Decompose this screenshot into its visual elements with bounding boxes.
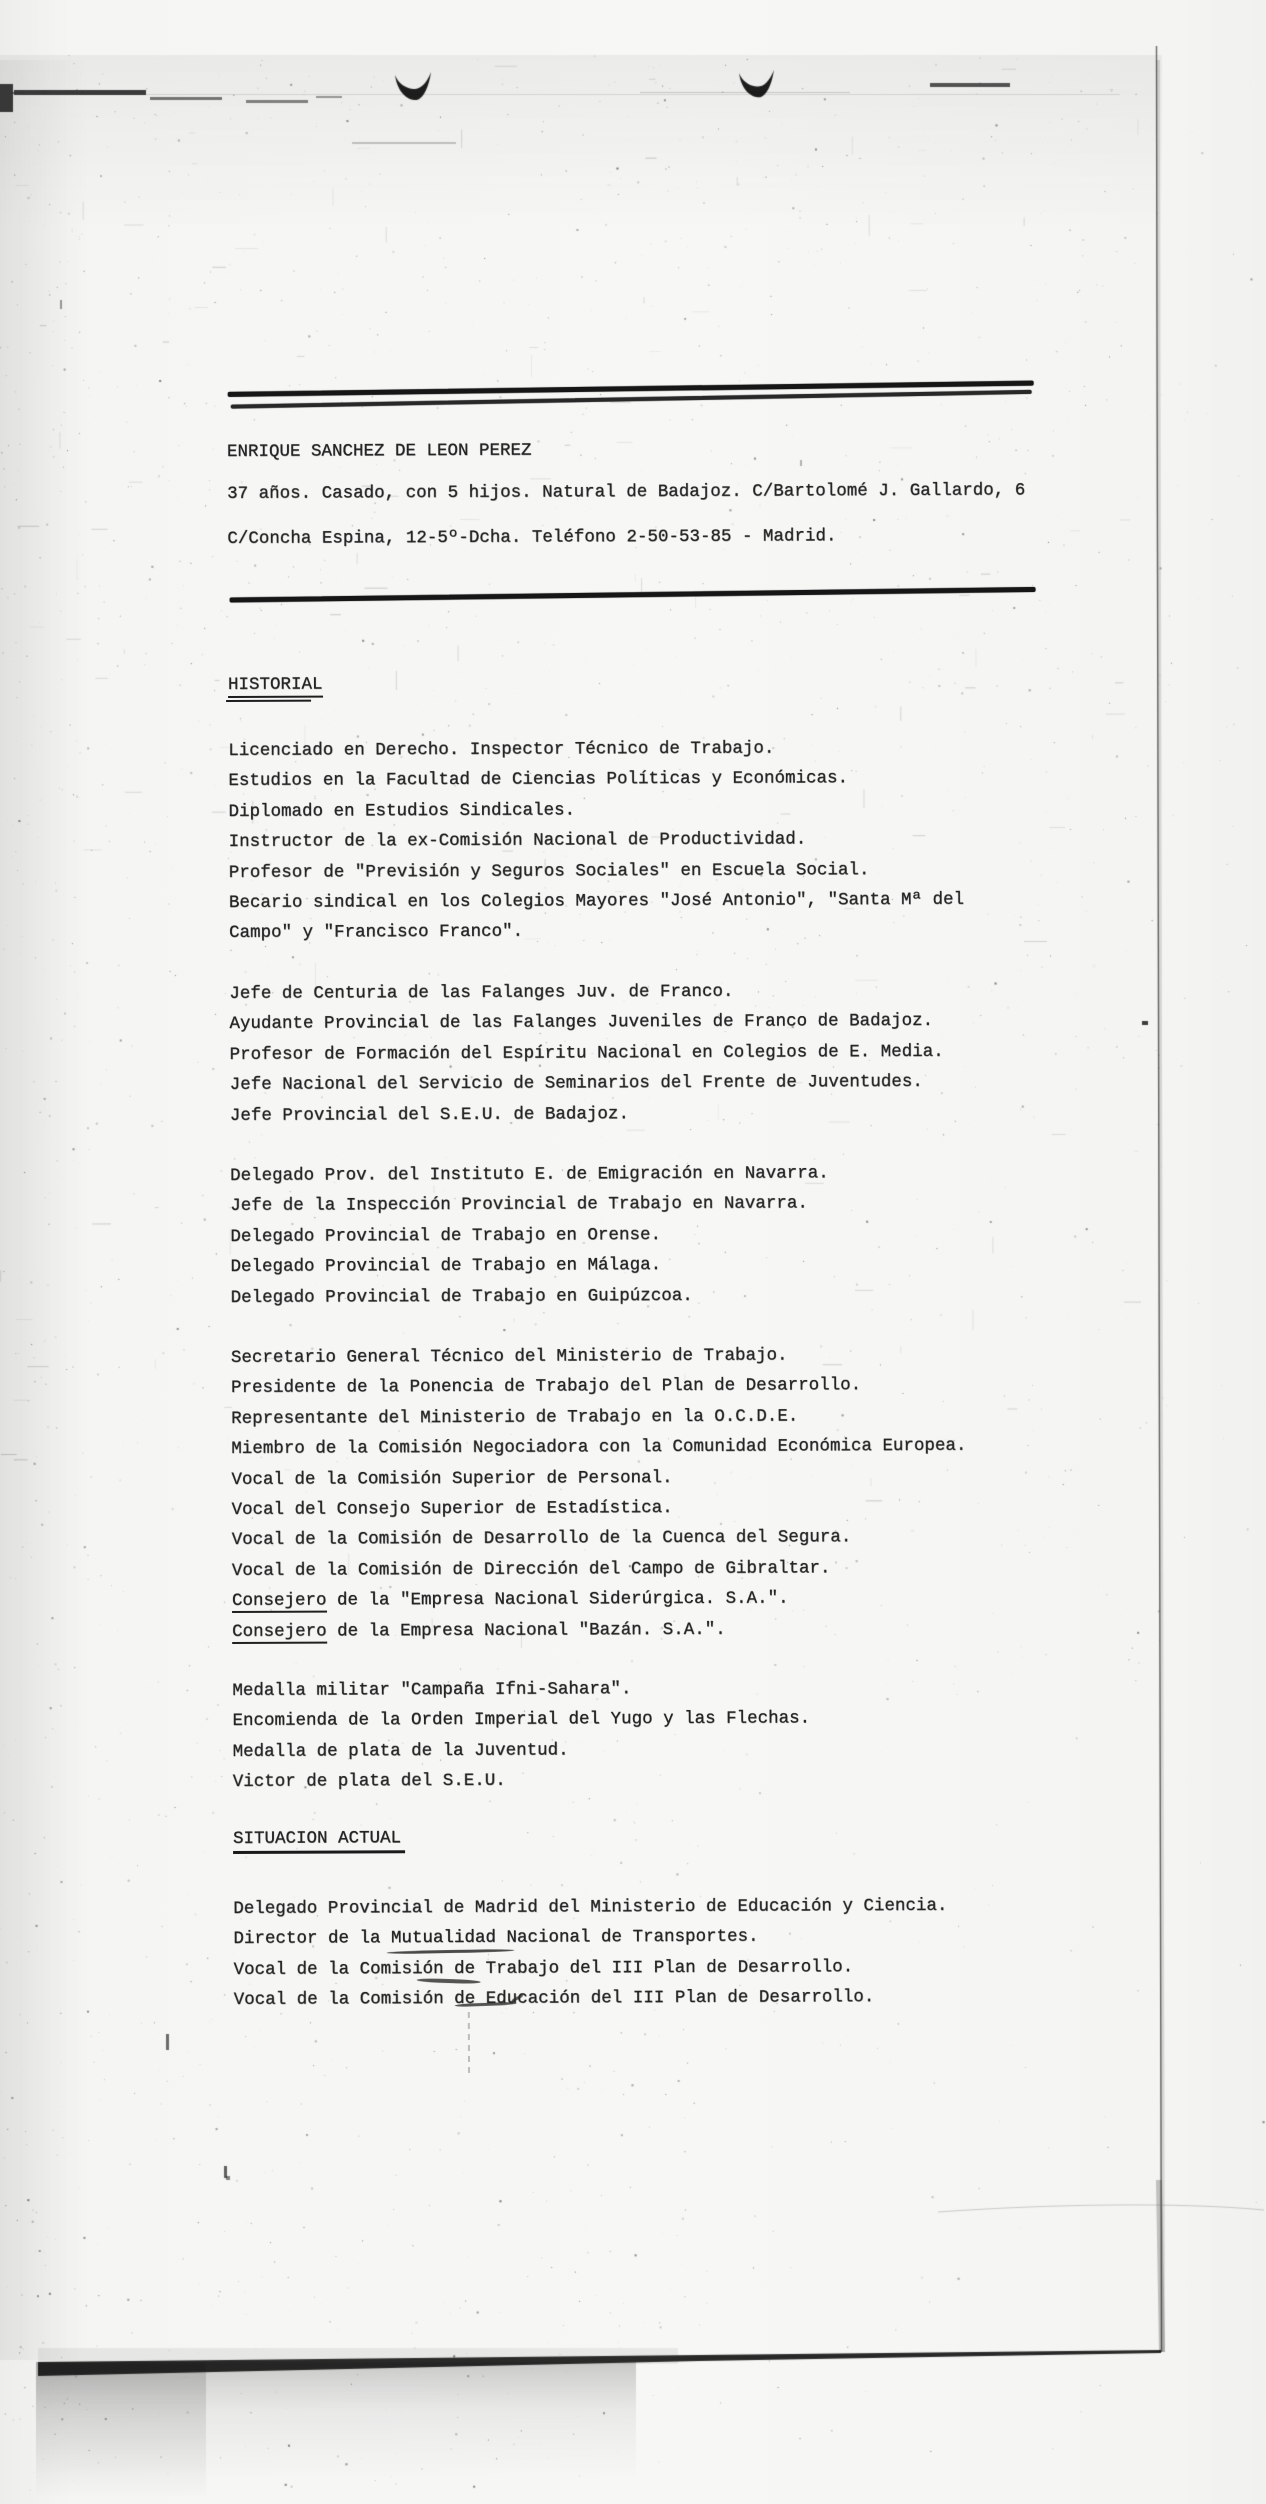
- underlined-word: Consejero: [232, 1591, 327, 1613]
- document-line: Victor de plata del S.E.U.: [233, 1763, 1133, 1797]
- paragraph-ministry-positions: Secretario General Técnico del Ministeri…: [231, 1339, 1132, 1647]
- document-line: Jefe de Centuria de las Falanges Juv. de…: [229, 975, 1129, 1009]
- underlined-word: Consejero: [232, 1621, 327, 1643]
- document-line: Becario sindical en los Colegios Mayores…: [229, 884, 1129, 918]
- document-line: Miembro de la Comisión Negociadora con l…: [231, 1430, 1131, 1464]
- personal-info-line: 37 años. Casado, con 5 hijos. Natural de…: [227, 476, 1025, 510]
- document-line: Vocal de la Comisión de Dirección del Ca…: [232, 1552, 1132, 1586]
- document-line: Secretario General Técnico del Ministeri…: [231, 1339, 1131, 1373]
- document-line: Estudios en la Facultad de Ciencias Polí…: [228, 762, 1128, 796]
- paragraph-youth-positions: Jefe de Centuria de las Falanges Juv. de…: [229, 975, 1130, 1131]
- section-heading-situacion-actual: SITUACION ACTUAL: [233, 1823, 405, 1854]
- document-line: Presidente de la Ponencia de Trabajo del…: [231, 1369, 1131, 1403]
- ink-drip-mark: [468, 2012, 470, 2078]
- heading-text: SITUACION ACTUAL: [233, 1828, 405, 1854]
- document-line: Encomienda de la Orden Imperial del Yugo…: [232, 1702, 1132, 1736]
- document-line: Delegado Prov. del Instituto E. de Emigr…: [230, 1157, 1130, 1191]
- separator-rule-bottom: [230, 587, 1036, 603]
- document-line: Delegado Provincial de Trabajo en Guipúz…: [231, 1279, 1131, 1313]
- section-heading-historial: HISTORIAL: [228, 670, 323, 701]
- line-rest: de la "Empresa Nacional Siderúrgica. S.A…: [326, 1589, 788, 1611]
- document-line: Instructor de la ex-Comisión Nacional de…: [229, 823, 1129, 857]
- document-line-consejero: Consejero de la Empresa Nacional "Bazán.…: [232, 1613, 1132, 1647]
- document-line: Campo" y "Francisco Franco".: [229, 915, 1129, 949]
- scanned-cv-document: ENRIQUE SANCHEZ DE LEON PEREZ 37 años. C…: [0, 0, 1266, 2504]
- paragraph-labor-positions: Delegado Prov. del Instituto E. de Emigr…: [230, 1157, 1131, 1313]
- paragraph-situacion-actual: Delegado Provincial de Madrid del Minist…: [233, 1890, 1134, 2016]
- document-line: Jefe Nacional del Servicio de Seminarios…: [230, 1066, 1130, 1100]
- document-line: Licenciado en Derecho. Inspector Técnico…: [228, 732, 1128, 766]
- document-line: Jefe de la Inspección Provincial de Trab…: [230, 1187, 1130, 1221]
- document-line: Vocal de la Comisión de Educación del II…: [234, 1981, 1134, 2015]
- document-line: Diplomado en Estudios Sindicales.: [228, 793, 1128, 827]
- line-rest: de la Empresa Nacional "Bazán. S.A.".: [327, 1620, 726, 1642]
- paragraph-honors: Medalla militar "Campaña Ifni-Sahara". E…: [232, 1672, 1133, 1798]
- document-line: Vocal de la Comisión Superior de Persona…: [231, 1461, 1131, 1495]
- document-line: Vocal de la Comisión de Desarrollo de la…: [232, 1522, 1132, 1556]
- document-line: Ayudante Provincial de las Falanges Juve…: [229, 1005, 1129, 1039]
- document-line: Representante del Ministerio de Trabajo …: [231, 1400, 1131, 1434]
- document-line: Delegado Provincial de Madrid del Minist…: [233, 1890, 1133, 1924]
- document-line: Delegado Provincial de Trabajo en Málaga…: [230, 1248, 1130, 1282]
- document-line: Medalla militar "Campaña Ifni-Sahara".: [232, 1672, 1132, 1706]
- paragraph-education: Licenciado en Derecho. Inspector Técnico…: [228, 732, 1129, 949]
- heading-text: HISTORIAL: [228, 675, 323, 698]
- document-line: Director de la Mutualidad Nacional de Tr…: [233, 1920, 1133, 1954]
- document-line: Jefe Provincial del S.E.U. de Badajoz.: [230, 1097, 1130, 1131]
- document-line: Delegado Provincial de Trabajo en Orense…: [230, 1218, 1130, 1252]
- document-line: Profesor de "Previsión y Seguros Sociale…: [229, 854, 1129, 888]
- document-line: Vocal del Consejo Superior de Estadístic…: [232, 1491, 1132, 1525]
- document-text-layer: ENRIQUE SANCHEZ DE LEON PEREZ 37 años. C…: [0, 0, 1266, 2504]
- personal-info-line: C/Concha Espina, 12-5º-Dcha. Teléfono 2-…: [227, 521, 836, 554]
- document-line: Medalla de plata de la Juventud.: [233, 1733, 1133, 1767]
- document-line: Profesor de Formación del Espíritu Nacio…: [230, 1036, 1130, 1070]
- person-name: ENRIQUE SANCHEZ DE LEON PEREZ: [227, 436, 532, 468]
- document-line-consejero: Consejero de la "Empresa Nacional Siderú…: [232, 1582, 1132, 1616]
- document-line: Vocal de la Comisión de Trabajo del III …: [234, 1951, 1134, 1985]
